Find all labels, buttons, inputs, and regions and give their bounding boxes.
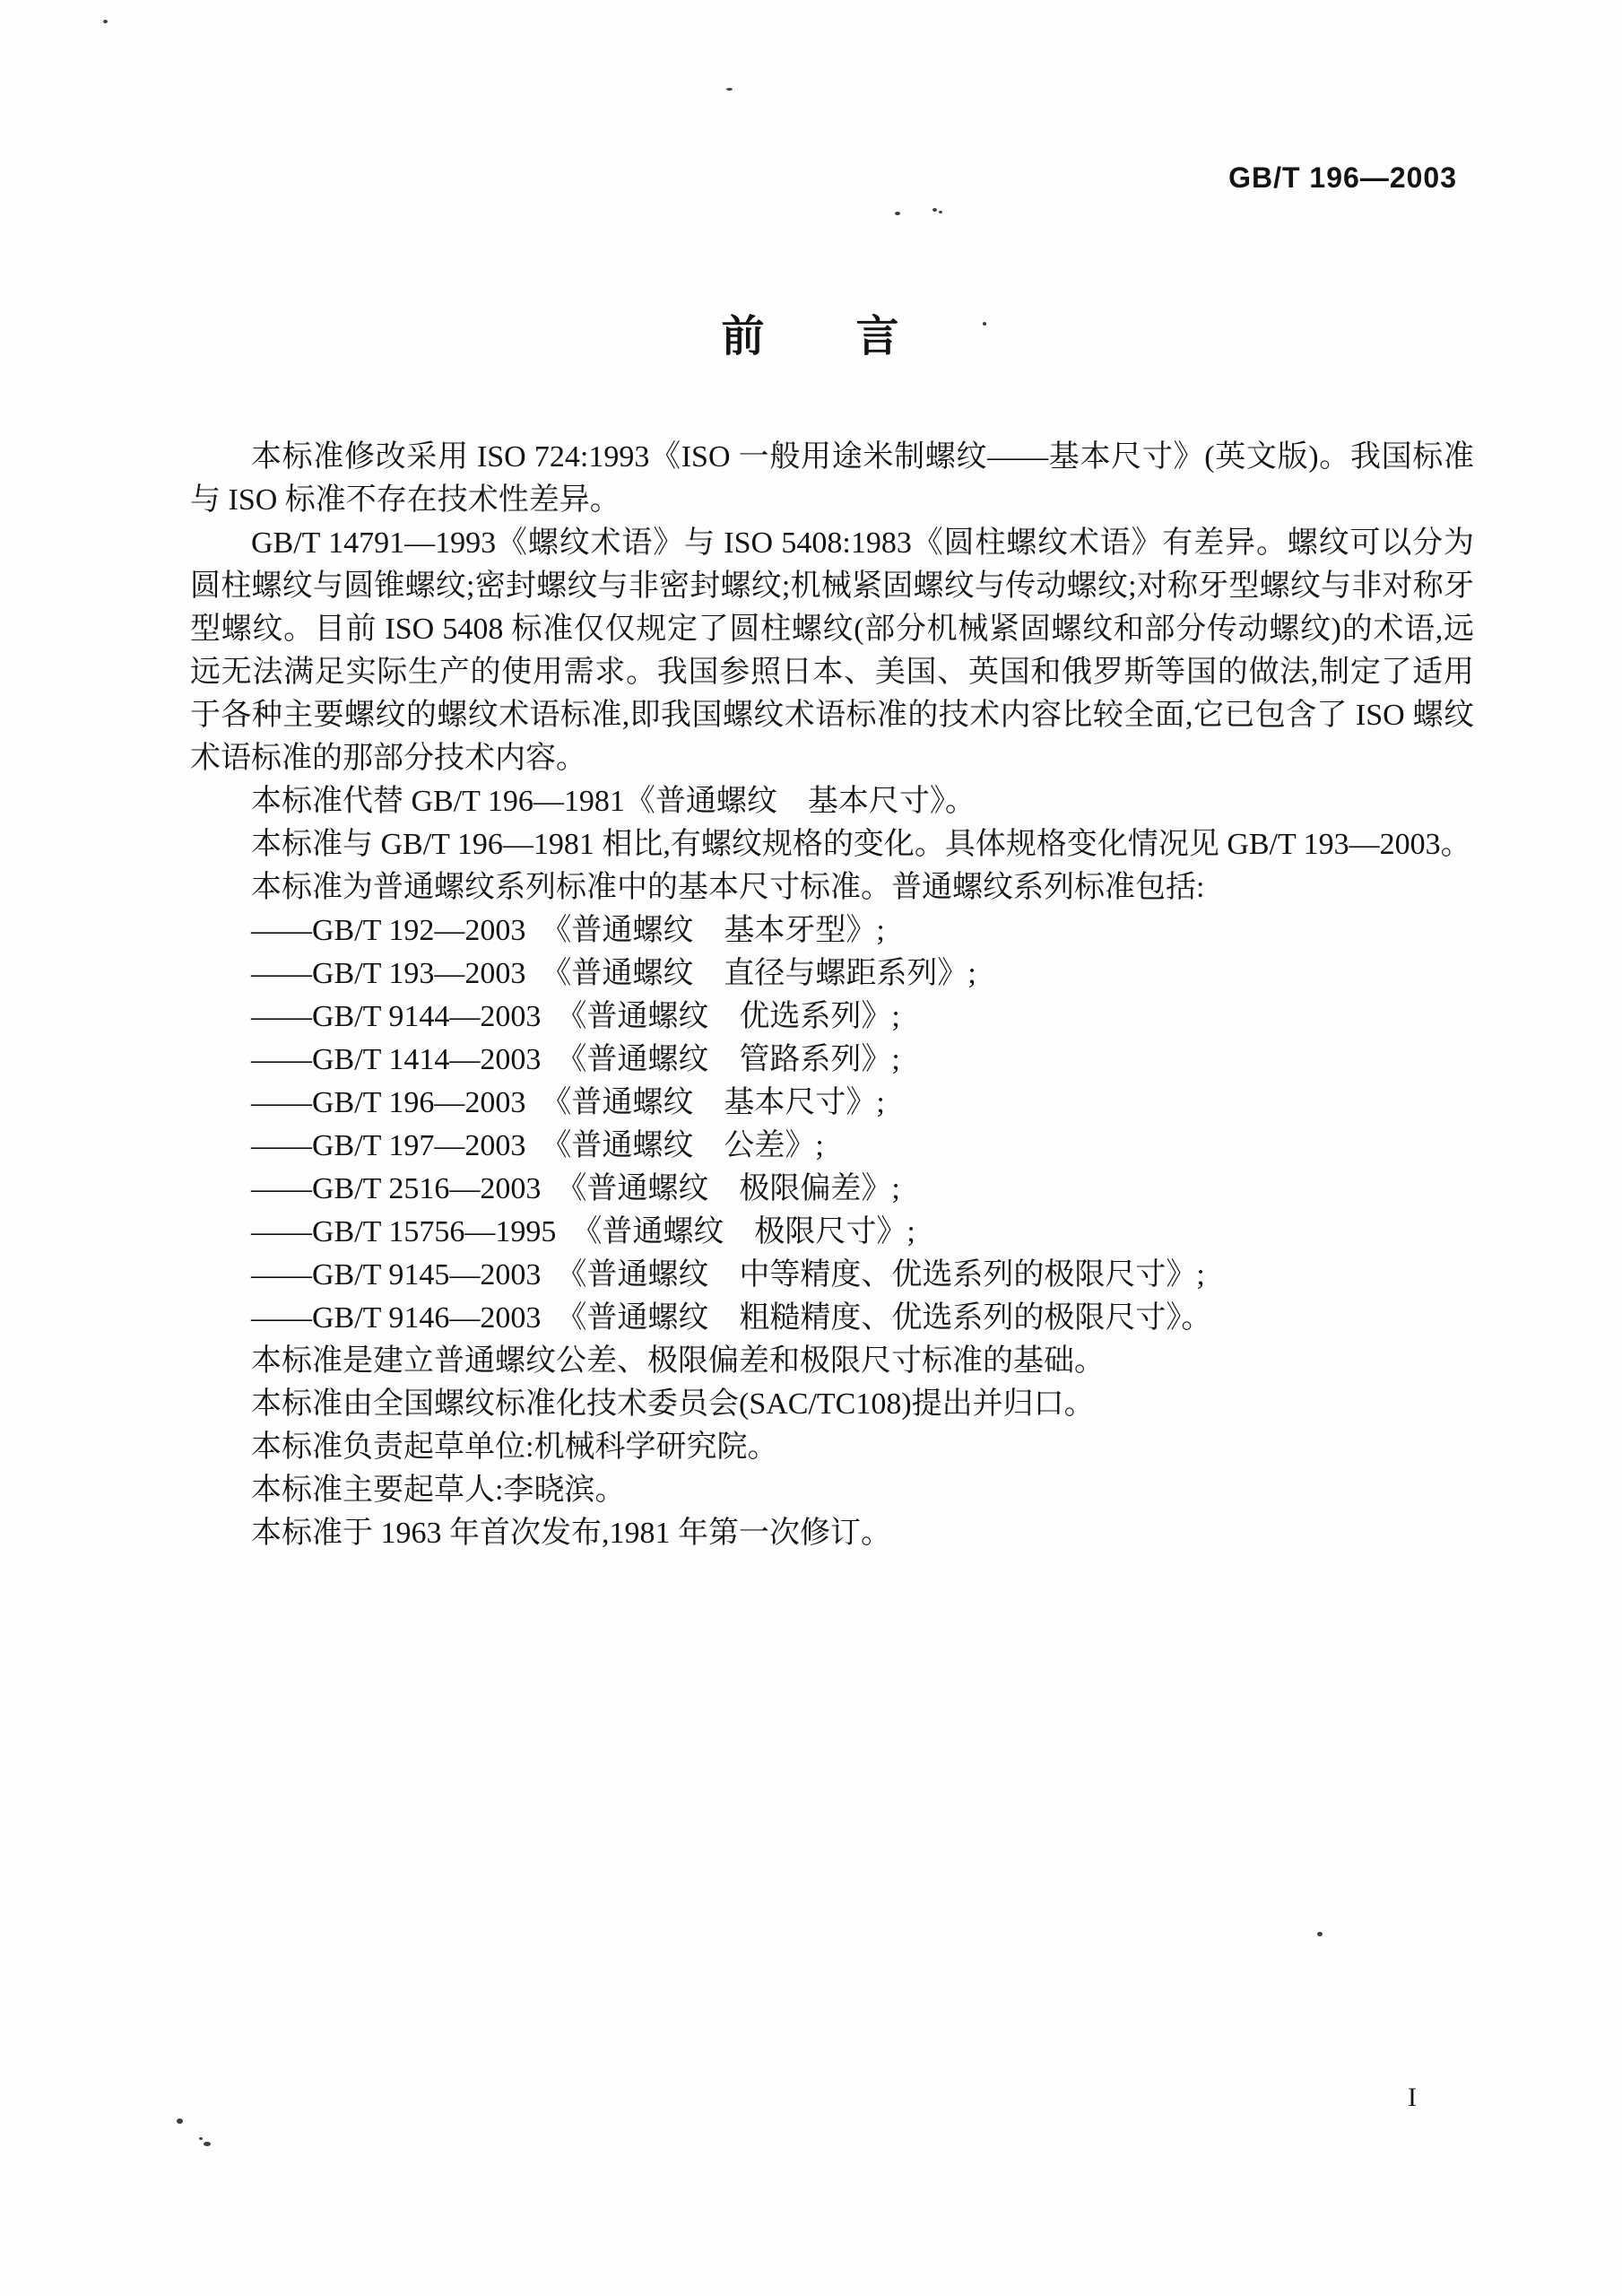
foreword-paragraph: 本标准主要起草人:李晓滨。 [190, 1469, 1474, 1512]
scan-speck [983, 322, 986, 326]
scan-speck [199, 2137, 203, 2140]
scan-speck [939, 211, 942, 213]
foreword-paragraph: 本标准代替 GB/T 196—1981《普通螺纹 基本尺寸》。 [190, 780, 1474, 823]
standards-list-item: ——GB/T 9146—2003 《普通螺纹 粗糙精度、优选系列的极限尺寸》。 [190, 1297, 1474, 1340]
standards-list-item: ——GB/T 2516—2003 《普通螺纹 极限偏差》; [190, 1168, 1474, 1211]
foreword-paragraph: 本标准是建立普通螺纹公差、极限偏差和极限尺寸标准的基础。 [190, 1340, 1474, 1383]
standards-list-item: ——GB/T 9145—2003 《普通螺纹 中等精度、优选系列的极限尺寸》; [190, 1254, 1474, 1297]
page-title: 前 言 [0, 301, 1622, 363]
standard-number: GB/T 196—2003 [1228, 161, 1457, 195]
standards-series-list: ——GB/T 192—2003 《普通螺纹 基本牙型》; ——GB/T 193—… [190, 909, 1474, 1340]
document-page: GB/T 196—2003 前 言 本标准修改采用 ISO 724:1993《I… [0, 0, 1622, 2296]
foreword-body: 本标准修改采用 ISO 724:1993《ISO 一般用途米制螺纹——基本尺寸》… [190, 436, 1474, 1555]
scan-speck [932, 208, 937, 212]
foreword-paragraph: 本标准为普通螺纹系列标准中的基本尺寸标准。普通螺纹系列标准包括: [190, 866, 1474, 909]
standards-list-item: ——GB/T 1414—2003 《普通螺纹 管路系列》; [190, 1039, 1474, 1082]
scan-speck [177, 2118, 183, 2124]
scan-speck [103, 20, 108, 23]
standards-list-item: ——GB/T 192—2003 《普通螺纹 基本牙型》; [190, 909, 1474, 952]
scan-speck [895, 212, 900, 215]
scan-speck [726, 88, 733, 91]
foreword-paragraph: GB/T 14791—1993《螺纹术语》与 ISO 5408:1983《圆柱螺… [190, 522, 1474, 780]
foreword-paragraph: 本标准修改采用 ISO 724:1993《ISO 一般用途米制螺纹——基本尺寸》… [190, 436, 1474, 522]
foreword-paragraph: 本标准由全国螺纹标准化技术委员会(SAC/TC108)提出并归口。 [190, 1383, 1474, 1426]
standards-list-item: ——GB/T 193—2003 《普通螺纹 直径与螺距系列》; [190, 952, 1474, 996]
standards-list-item: ——GB/T 15756—1995 《普通螺纹 极限尺寸》; [190, 1211, 1474, 1254]
standards-list-item: ——GB/T 196—2003 《普通螺纹 基本尺寸》; [190, 1082, 1474, 1125]
standards-list-item: ——GB/T 197—2003 《普通螺纹 公差》; [190, 1125, 1474, 1168]
foreword-paragraph: 本标准与 GB/T 196—1981 相比,有螺纹规格的变化。具体规格变化情况见… [190, 823, 1474, 866]
scan-speck [204, 2142, 211, 2146]
page-number: I [1408, 2083, 1417, 2113]
scan-speck [1317, 1932, 1323, 1936]
foreword-paragraph: 本标准负责起草单位:机械科学研究院。 [190, 1426, 1474, 1469]
standards-list-item: ——GB/T 9144—2003 《普通螺纹 优选系列》; [190, 996, 1474, 1039]
foreword-paragraph: 本标准于 1963 年首次发布,1981 年第一次修订。 [190, 1512, 1474, 1555]
